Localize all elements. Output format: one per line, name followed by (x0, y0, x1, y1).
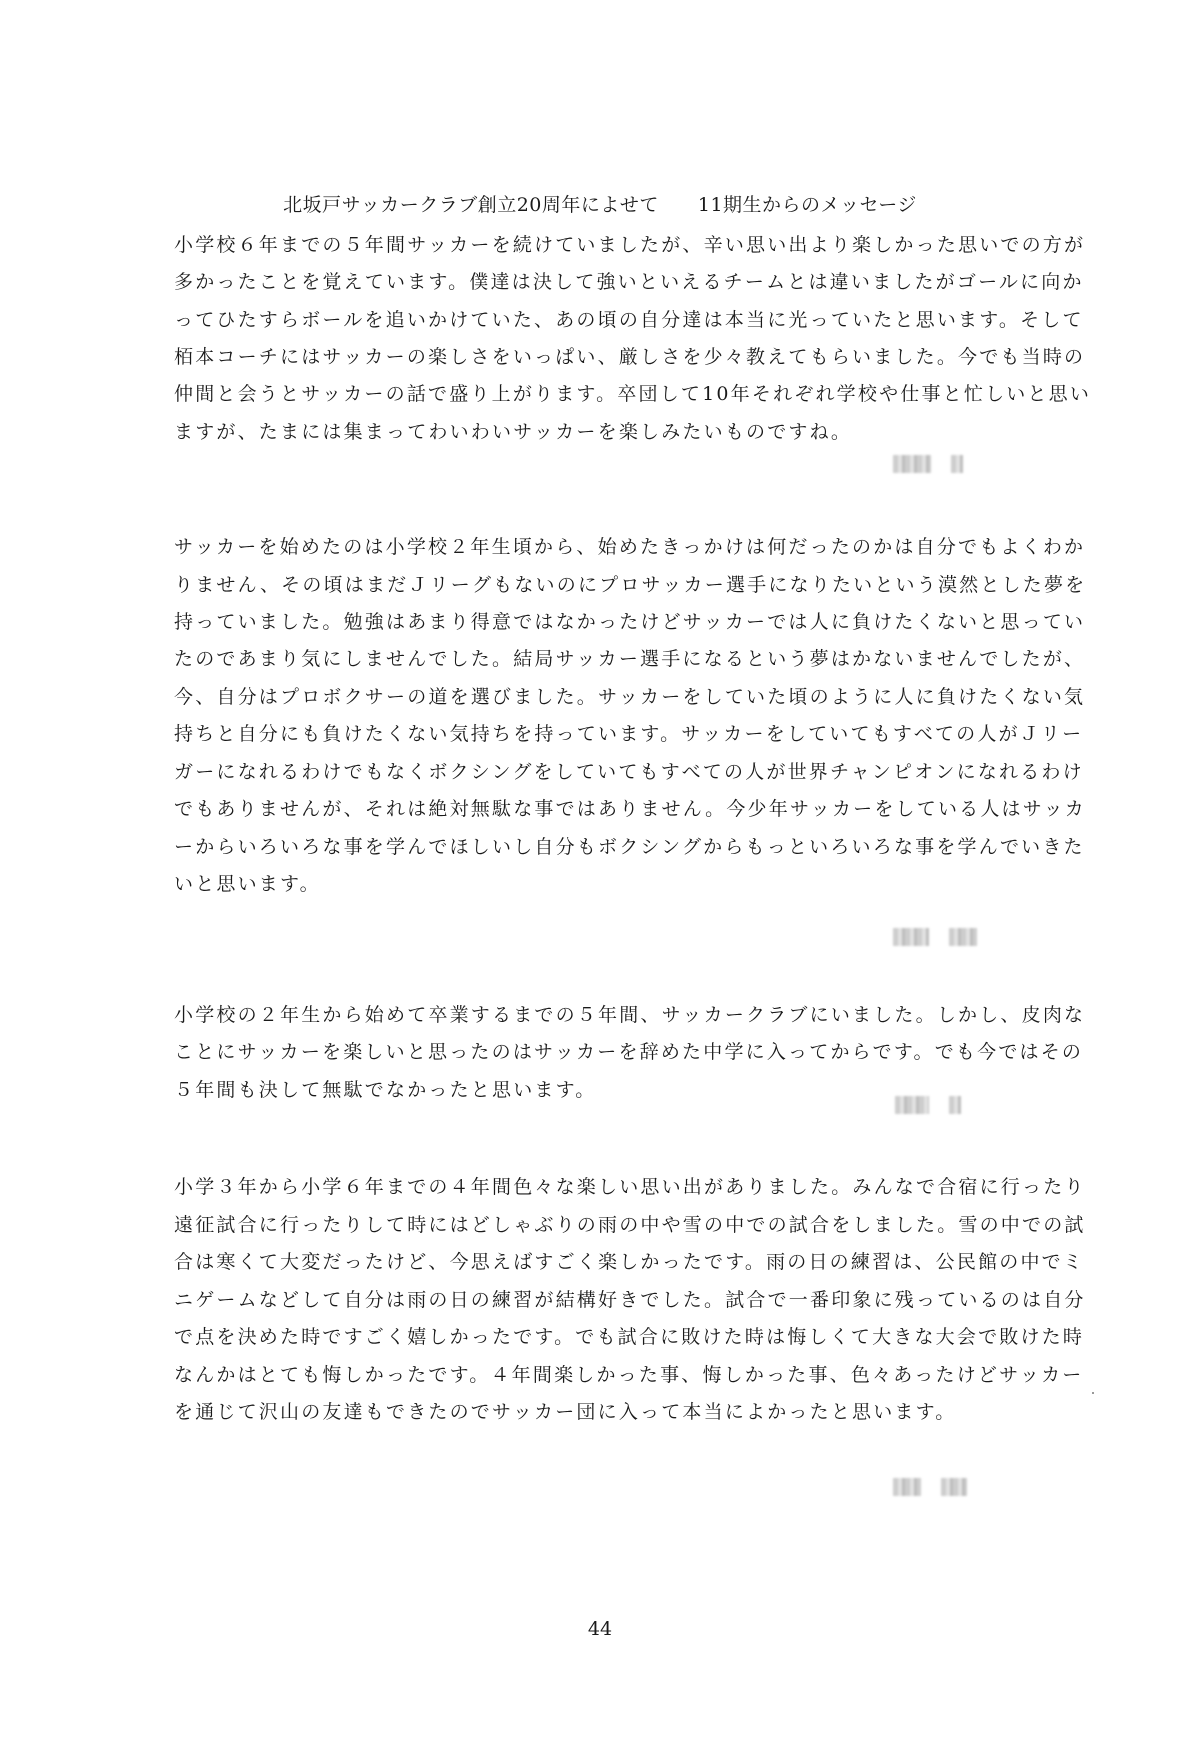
paragraph-line: 仲間と会うとサッカーの話で盛り上がります。卒団して10年それぞれ学校や仕事と忙し… (174, 382, 1054, 406)
paragraph-line: 遠征試合に行ったりして時にはどしゃぶりの雨の中や雪の中での試合をしました。雪の中… (174, 1213, 1054, 1237)
scan-artifact (1092, 1392, 1094, 1394)
paragraph-line: たのであまり気にしませんでした。結局サッカー選手になるという夢はかないませんでし… (174, 647, 1054, 671)
paragraph-line: ますが、たまには集まってわいわいサッカーを楽しみたいものですね。 (174, 420, 1054, 444)
signature-blurred (895, 1096, 961, 1114)
paragraph-line: ニゲームなどして自分は雨の日の練習が結構好きでした。試合で一番印象に残っているの… (174, 1288, 1054, 1312)
signature-blurred (893, 455, 963, 473)
paragraph-line: 合は寒くて大変だったけど、今思えばすごく楽しかったです。雨の日の練習は、公民館の… (174, 1250, 1054, 1274)
page-number: 44 (0, 1618, 1200, 1640)
signature-blurred (893, 1478, 967, 1496)
paragraph-line: 多かったことを覚えています。僕達は決して強いといえるチームとは違いましたがゴール… (174, 270, 1054, 294)
paragraph-line: を通じて沢山の友達もできたのでサッカー団に入って本当によかったと思います。 (174, 1400, 1054, 1424)
document-page: 北坂戸サッカークラブ創立20周年によせて 11期生からのメッセージ 小学校６年ま… (0, 0, 1200, 1746)
paragraph-line: ガーになれるわけでもなくボクシングをしていてもすべての人が世界チャンピオンになれ… (174, 760, 1054, 784)
paragraph-line: ってひたすらボールを追いかけていた、あの頃の自分達は本当に光っていたと思います。… (174, 308, 1054, 332)
paragraph-line: 持っていました。勉強はあまり得意ではなかったけどサッカーでは人に負けたくないと思… (174, 610, 1054, 634)
paragraph-line: 栢本コーチにはサッカーの楽しさをいっぱい、厳しさを少々教えてもらいました。今でも… (174, 345, 1054, 369)
page-title: 北坂戸サッカークラブ創立20周年によせて 11期生からのメッセージ (0, 190, 1200, 217)
paragraph-line: 小学３年から小学６年までの４年間色々な楽しい思い出がありました。みんなで合宿に行… (174, 1175, 1054, 1199)
paragraph-line: サッカーを始めたのは小学校２年生頃から、始めたきっかけは何だったのかは自分でもよ… (174, 535, 1054, 559)
paragraph-line: なんかはとても悔しかったです。４年間楽しかった事、悔しかった事、色々あったけどサ… (174, 1363, 1054, 1387)
paragraph-line: ことにサッカーを楽しいと思ったのはサッカーを辞めた中学に入ってからです。でも今で… (174, 1040, 1054, 1064)
paragraph-line: 今、自分はプロボクサーの道を選びました。サッカーをしていた頃のように人に負けたく… (174, 685, 1054, 709)
paragraph-line: ーからいろいろな事を学んでほしいし自分もボクシングからもっといろいろな事を学んで… (174, 835, 1054, 859)
signature-blurred (893, 928, 977, 946)
paragraph-line: 持ちと自分にも負けたくない気持ちを持っています。サッカーをしていてもすべての人が… (174, 722, 1054, 746)
paragraph-line: 小学校６年までの５年間サッカーを続けていましたが、辛い思い出より楽しかった思いで… (174, 233, 1054, 257)
paragraph-line: で点を決めた時ですごく嬉しかったです。でも試合に敗けた時は悔しくて大きな大会で敗… (174, 1325, 1054, 1349)
paragraph-line: でもありませんが、それは絶対無駄な事ではありません。今少年サッカーをしている人は… (174, 797, 1054, 821)
paragraph-line: 小学校の２年生から始めて卒業するまでの５年間、サッカークラブにいました。しかし、… (174, 1003, 1054, 1027)
paragraph-line: いと思います。 (174, 872, 1054, 896)
paragraph-line: りません、その頃はまだＪリーグもないのにプロサッカー選手になりたいという漠然とし… (174, 573, 1054, 597)
